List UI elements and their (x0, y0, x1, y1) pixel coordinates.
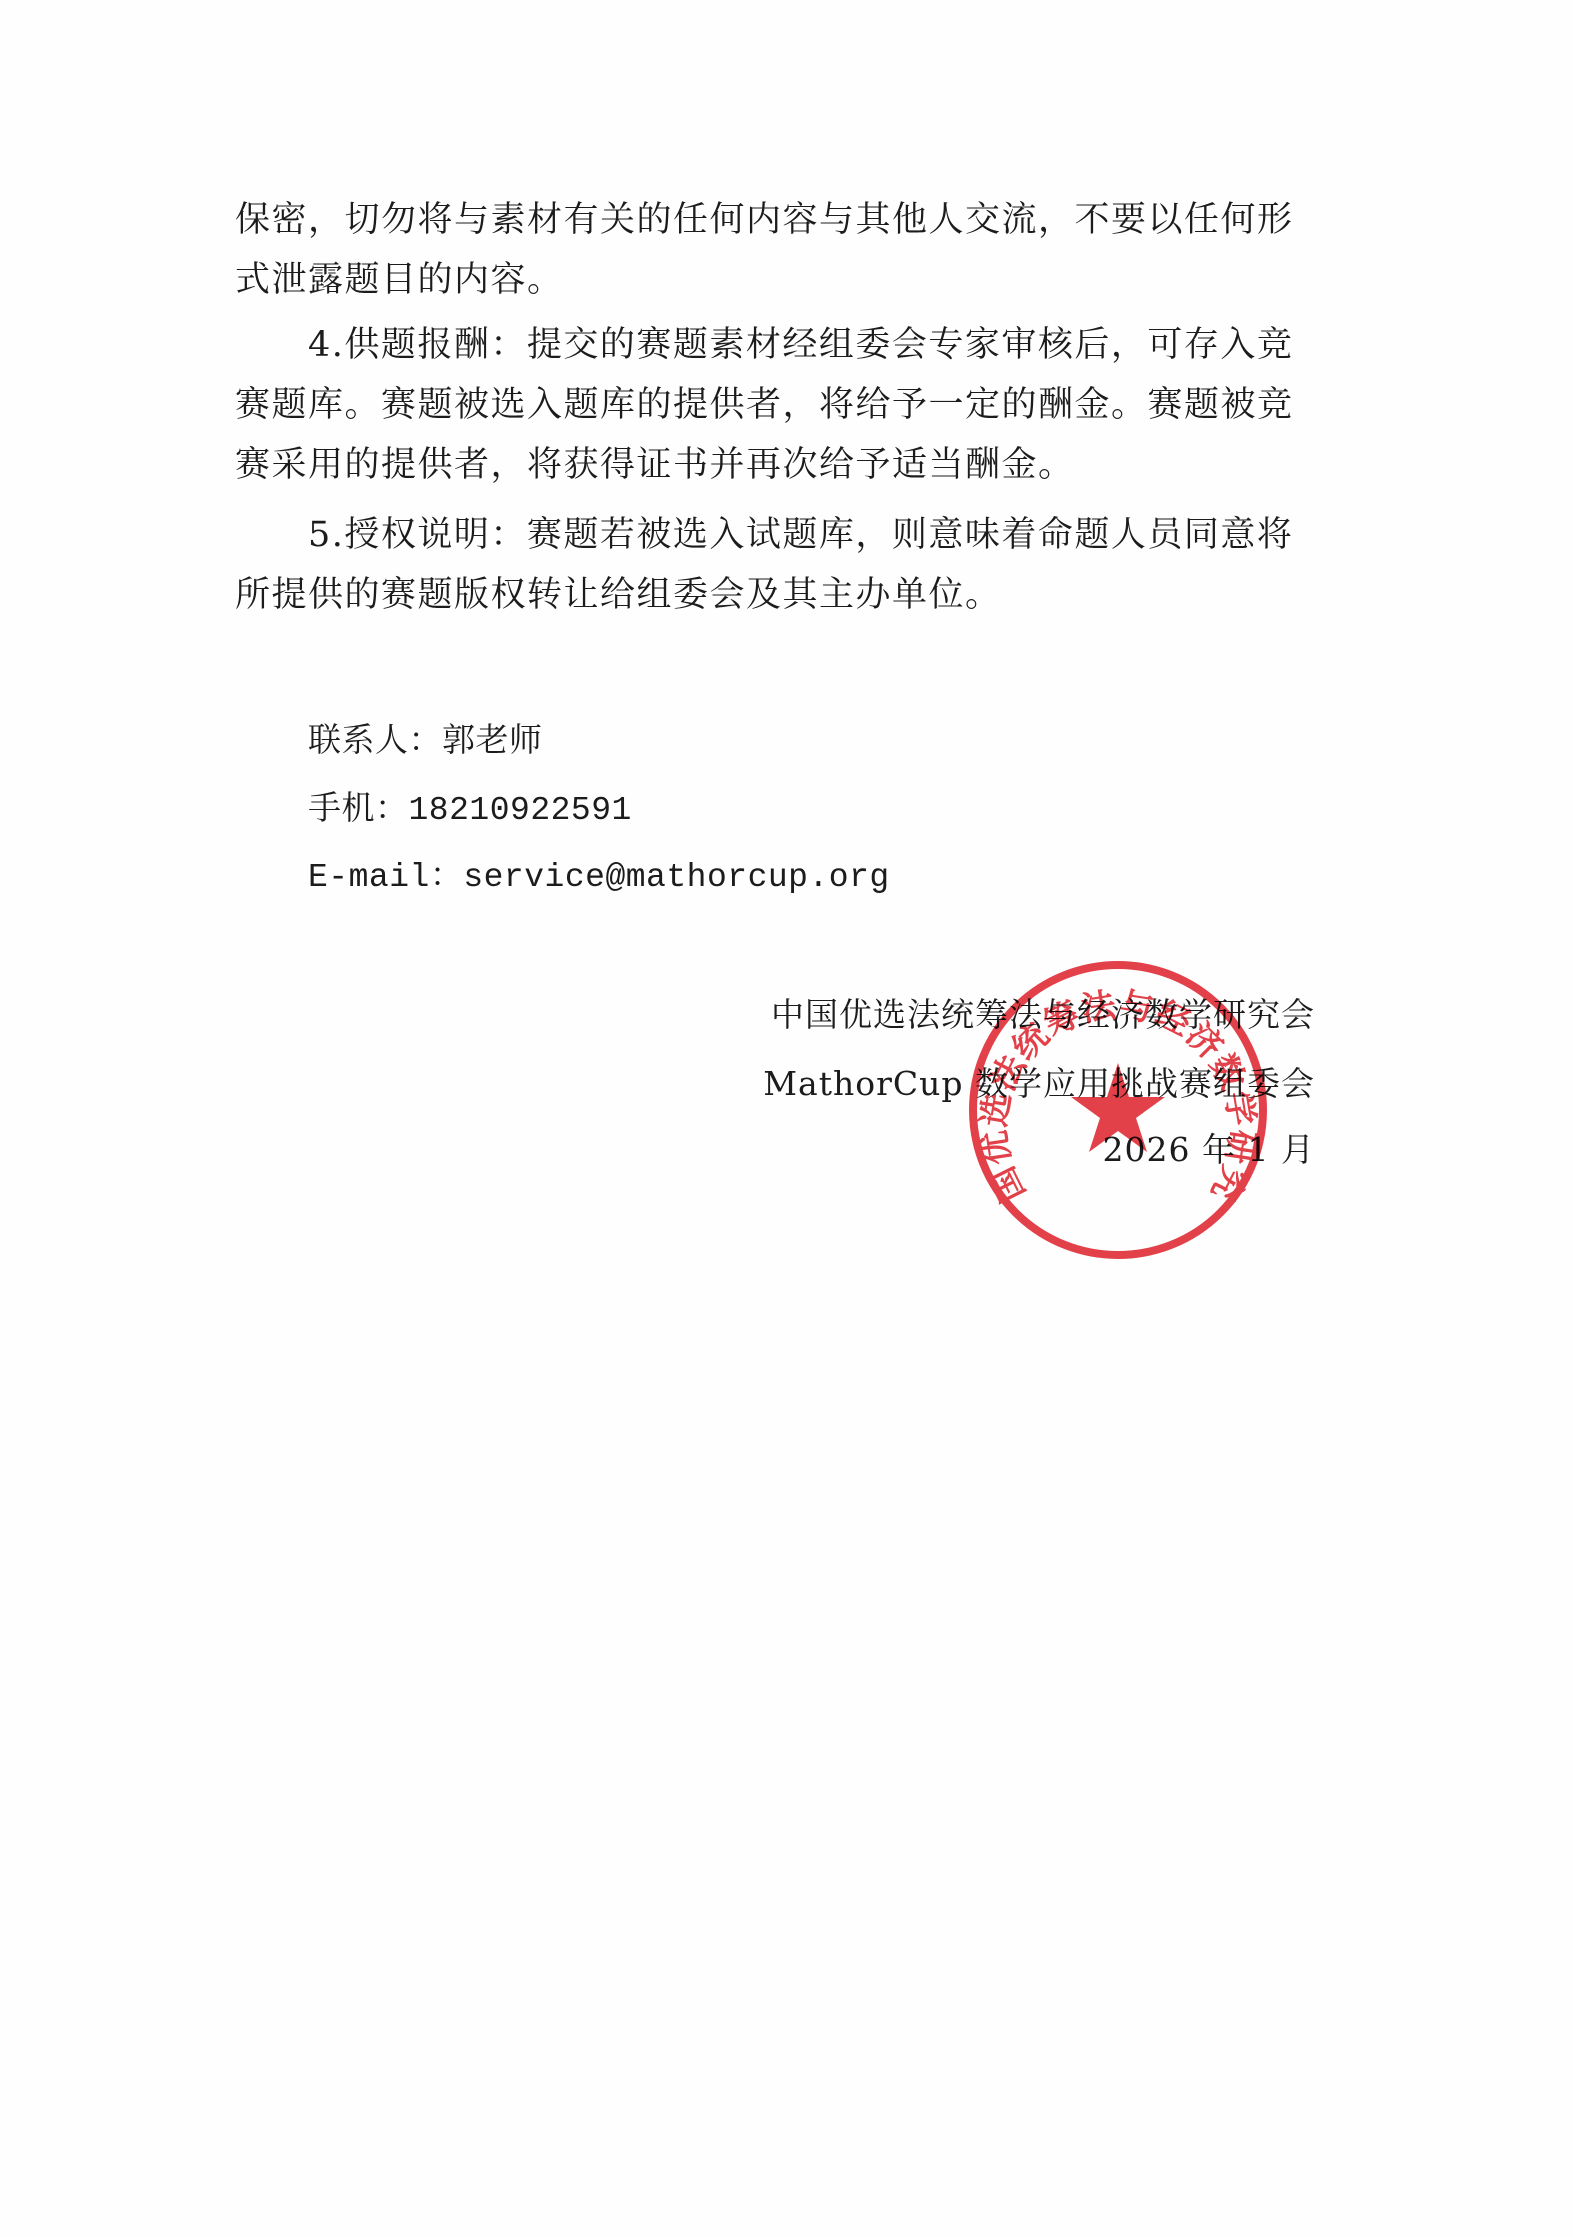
paragraph-line: 保密，切勿将与素材有关的任何内容与其他人交流，不要以任何形 (235, 198, 1294, 242)
contact-phone-label: 手机： (308, 788, 409, 827)
item-5-heading-line: 5.授权说明：赛题若被选入试题库，则意味着命题人员同意将 (308, 513, 1293, 557)
item-4-heading-line: 4.供题报酬：提交的赛题素材经组委会专家审核后，可存入竞 (308, 323, 1293, 367)
paragraph-line: 式泄露题目的内容。 (235, 258, 564, 302)
contact-phone-value: 18210922591 (409, 792, 632, 829)
paragraph-line: 所提供的赛题版权转让给组委会及其主办单位。 (235, 573, 1002, 617)
contact-phone: 手机：18210922591 (308, 786, 632, 833)
document-page: 保密，切勿将与素材有关的任何内容与其他人交流，不要以任何形 式泄露题目的内容。 … (0, 0, 1573, 2237)
paragraph-line: 赛题库。赛题被选入题库的提供者，将给予一定的酬金。赛题被竞 (235, 383, 1294, 427)
contact-person-value: 郭老师 (442, 720, 543, 759)
contact-email-value[interactable]: service@mathorcup.org (463, 859, 889, 896)
paragraph-line: 赛采用的提供者，将获得证书并再次给予适当酬金。 (235, 443, 1075, 487)
seal-star-icon (1071, 1063, 1165, 1152)
contact-email-label: E-mail： (308, 859, 463, 896)
contact-person-label: 联系人： (308, 720, 442, 759)
official-seal-icon: 中国优选法统筹法与经济数学研究会 (963, 955, 1273, 1265)
contact-person: 联系人：郭老师 (308, 718, 543, 762)
contact-email: E-mail：service@mathorcup.org (308, 853, 890, 900)
